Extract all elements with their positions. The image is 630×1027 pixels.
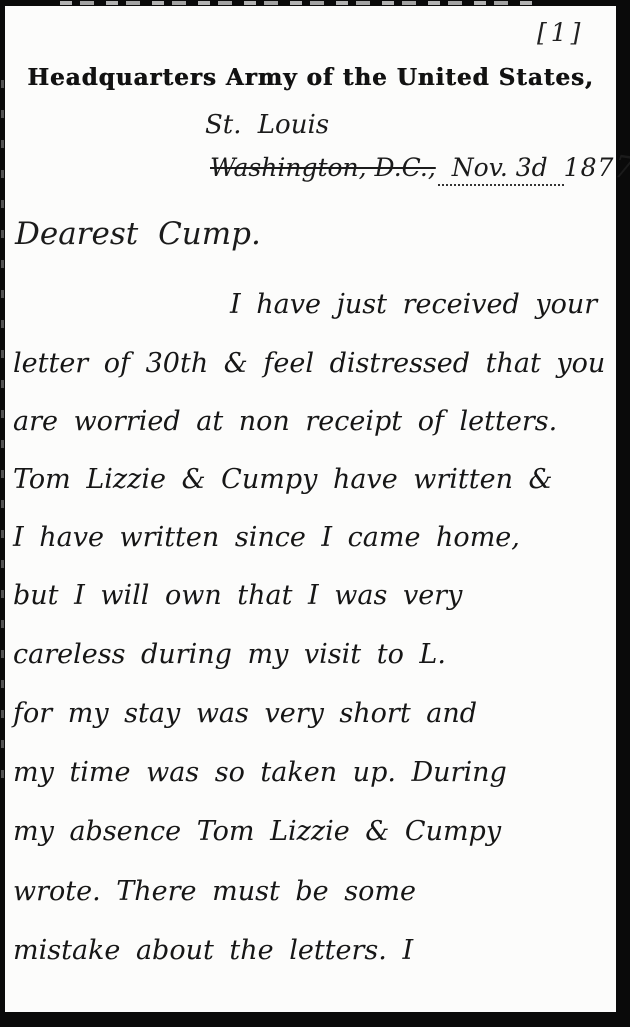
body-line: letter of 30th & feel distressed that yo… <box>13 348 605 379</box>
body-line: for my stay was very short and <box>13 698 477 729</box>
body-line: mistake about the letters. I <box>13 935 413 966</box>
scan-edge-artifact-top <box>60 1 540 5</box>
body-line: my absence Tom Lizzie & Cumpy <box>13 816 501 847</box>
body-line: I have just received your <box>230 289 597 320</box>
scan-border-frame: [1] Headquarters Army of the United Stat… <box>0 0 630 1027</box>
body-line: I have written since I came home, <box>13 522 520 553</box>
body-line: are worried at non receipt of letters. <box>13 406 557 437</box>
dateline-year-printed: 187 <box>564 153 615 182</box>
dateline-year-handwritten-digit: 7 <box>612 149 630 187</box>
body-line: but I will own that I was very <box>13 580 462 611</box>
dateline-place-printed-struck: Washington, D.C., <box>210 153 436 182</box>
letterhead-title: Headquarters Army of the United States, <box>5 64 616 91</box>
dateline: Washington, D.C.,Nov. 3d1877 <box>210 148 630 186</box>
dateline-place-handwritten: St. Louis <box>205 110 329 140</box>
body-line: wrote. There must be some <box>13 876 416 907</box>
scan-edge-artifact-left <box>1 80 4 780</box>
letter-page: [1] Headquarters Army of the United Stat… <box>5 6 616 1012</box>
body-line: Tom Lizzie & Cumpy have written & <box>13 464 553 495</box>
body-line: careless during my visit to L. <box>13 639 446 670</box>
body-line: my time was so taken up. During <box>13 757 507 788</box>
page-number: [1] <box>537 18 584 47</box>
dateline-date-handwritten: Nov. 3d <box>438 153 564 186</box>
salutation: Dearest Cump. <box>15 216 261 252</box>
